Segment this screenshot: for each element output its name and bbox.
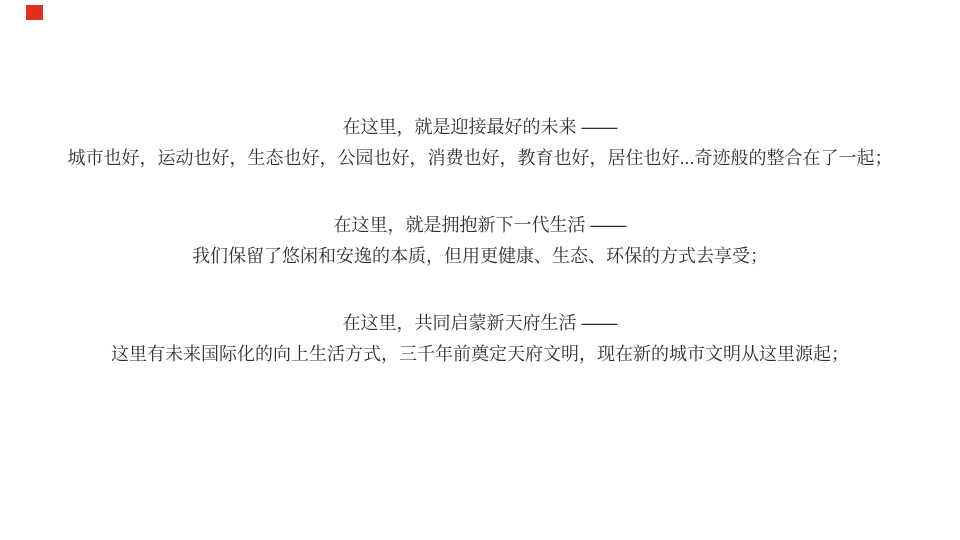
- paragraph-body: 这里有未来国际化的向上生活方式，三千年前奠定天府文明，现在新的城市文明从这里源起…: [0, 339, 960, 370]
- slide-text-block: 在这里，就是迎接最好的未来 —— 城市也好，运动也好，生态也好，公园也好，消费也…: [0, 112, 960, 370]
- slide-canvas: 在这里，就是迎接最好的未来 —— 城市也好，运动也好，生态也好，公园也好，消费也…: [0, 0, 960, 540]
- slide-paragraph-2: 在这里，就是拥抱新下一代生活 —— 我们保留了悠闲和安逸的本质，但用更健康、生态…: [0, 210, 960, 272]
- slide-paragraph-3: 在这里，共同启蒙新天府生活 —— 这里有未来国际化的向上生活方式，三千年前奠定天…: [0, 308, 960, 370]
- paragraph-body: 我们保留了悠闲和安逸的本质，但用更健康、生态、环保的方式去享受；: [0, 241, 960, 272]
- paragraph-heading: 在这里，共同启蒙新天府生活 ——: [0, 308, 960, 339]
- accent-square-mark: [26, 5, 43, 20]
- paragraph-body: 城市也好，运动也好，生态也好，公园也好，消费也好，教育也好，居住也好...奇迹般…: [0, 143, 960, 174]
- paragraph-heading: 在这里，就是拥抱新下一代生活 ——: [0, 210, 960, 241]
- paragraph-heading: 在这里，就是迎接最好的未来 ——: [0, 112, 960, 143]
- slide-paragraph-1: 在这里，就是迎接最好的未来 —— 城市也好，运动也好，生态也好，公园也好，消费也…: [0, 112, 960, 174]
